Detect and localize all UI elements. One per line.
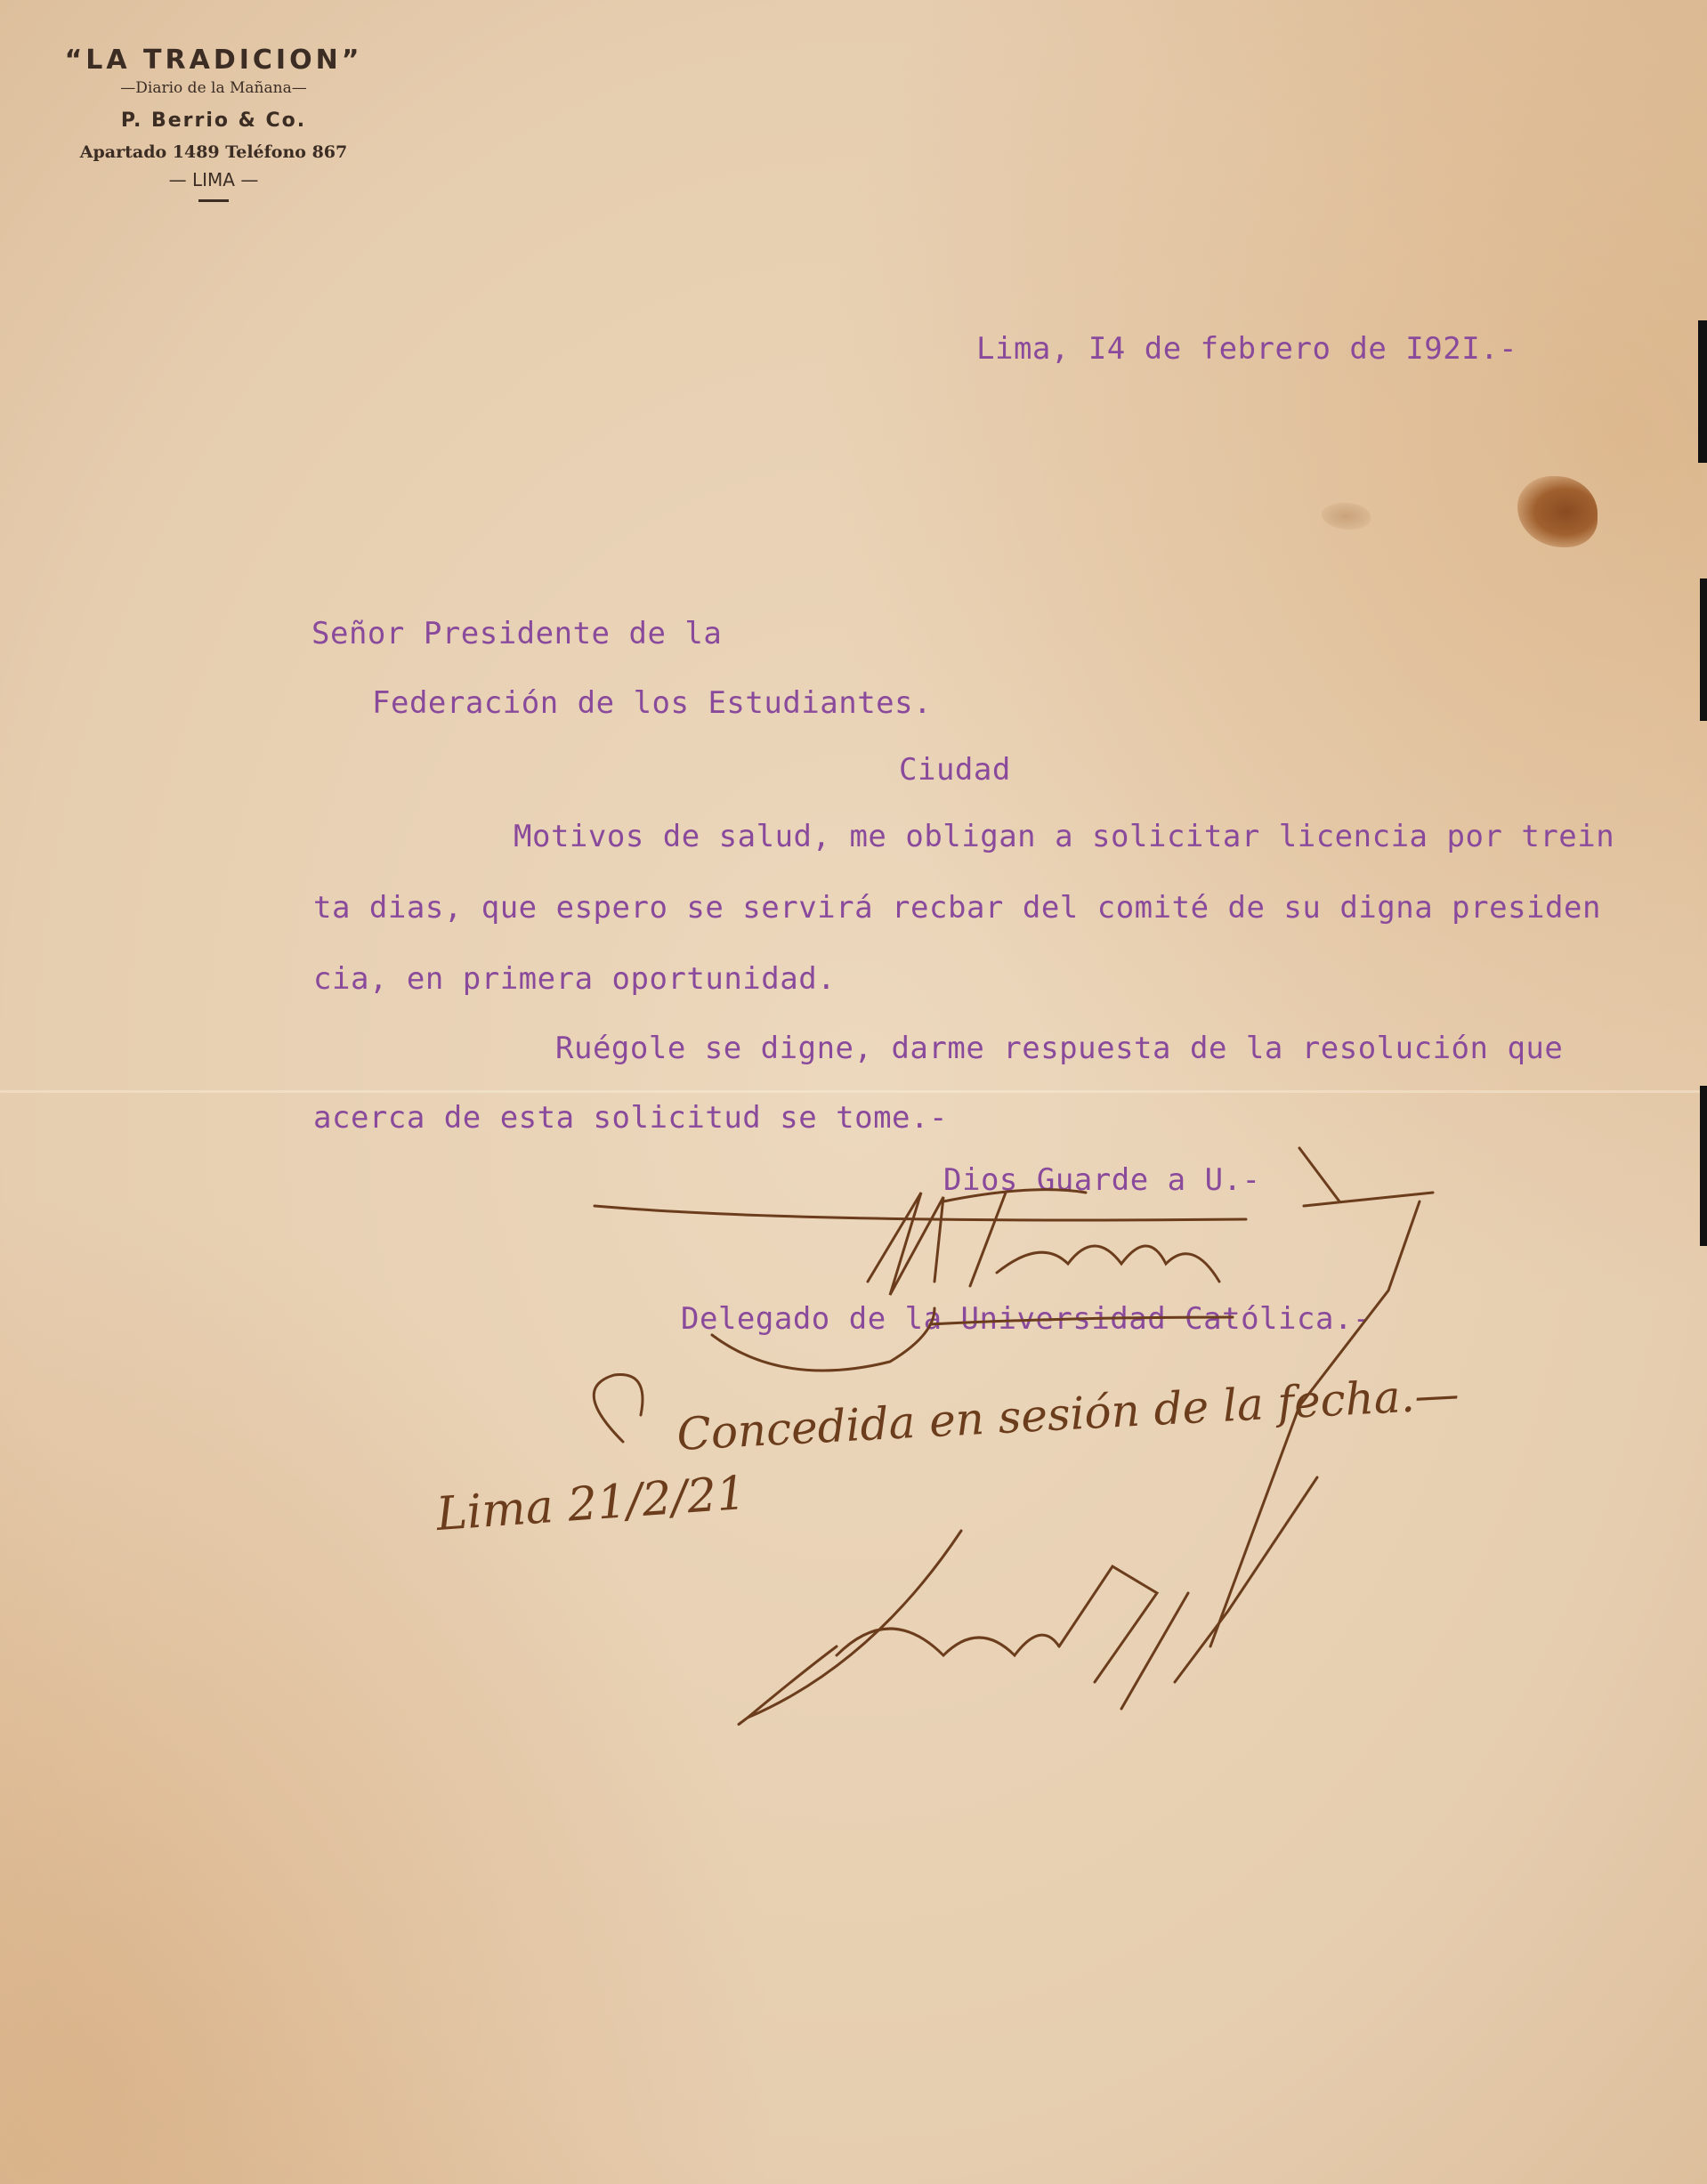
- signature-title: Delegado de la Universidad Católica.-: [681, 1301, 1371, 1337]
- body-line-3: cia, en primera oportunidad.: [313, 961, 836, 997]
- paper-fold: [0, 1090, 1707, 1093]
- letterhead-company: P. Berrio & Co.: [62, 109, 365, 132]
- scan-edge: [1698, 320, 1707, 463]
- body-line-5: acerca de esta solicitud se tome.-: [313, 1100, 948, 1136]
- letterhead-rule: [198, 199, 229, 202]
- letterhead: “LA TRADICION” —Diario de la Mañana— P. …: [62, 44, 365, 202]
- letterhead-title: “LA TRADICION”: [62, 44, 365, 76]
- body-line-2: ta dias, que espero se servirá recbar de…: [313, 890, 1601, 926]
- recipient-city: Ciudad: [899, 752, 1011, 788]
- letter-page: “LA TRADICION” —Diario de la Mañana— P. …: [0, 0, 1707, 2184]
- letterhead-address: Apartado 1489 Teléfono 867: [62, 142, 365, 162]
- annotation-line-1: Concedida en sesión de la fecha.—: [676, 1368, 1460, 1460]
- recipient-line-2: Federación de los Estudiantes.: [372, 685, 932, 721]
- body-line-1: Motivos de salud, me obligan a solicitar…: [514, 819, 1614, 854]
- date-line: Lima, I4 de febrero de I92I.-: [976, 331, 1517, 367]
- body-line-4: Ruégole se digne, darme respuesta de la …: [555, 1031, 1563, 1066]
- scan-edge: [1700, 578, 1707, 721]
- letterhead-subtitle: —Diario de la Mañana—: [62, 79, 365, 97]
- ink-stain: [1517, 476, 1598, 547]
- scan-edge: [1700, 1086, 1707, 1246]
- letterhead-city: — LIMA —: [62, 169, 365, 190]
- faint-stain: [1322, 503, 1371, 530]
- annotation-line-2: Lima 21/2/21: [434, 1467, 748, 1541]
- closing-line: Dios Guarde a U.-: [943, 1162, 1261, 1198]
- recipient-line-1: Señor Presidente de la: [311, 616, 722, 651]
